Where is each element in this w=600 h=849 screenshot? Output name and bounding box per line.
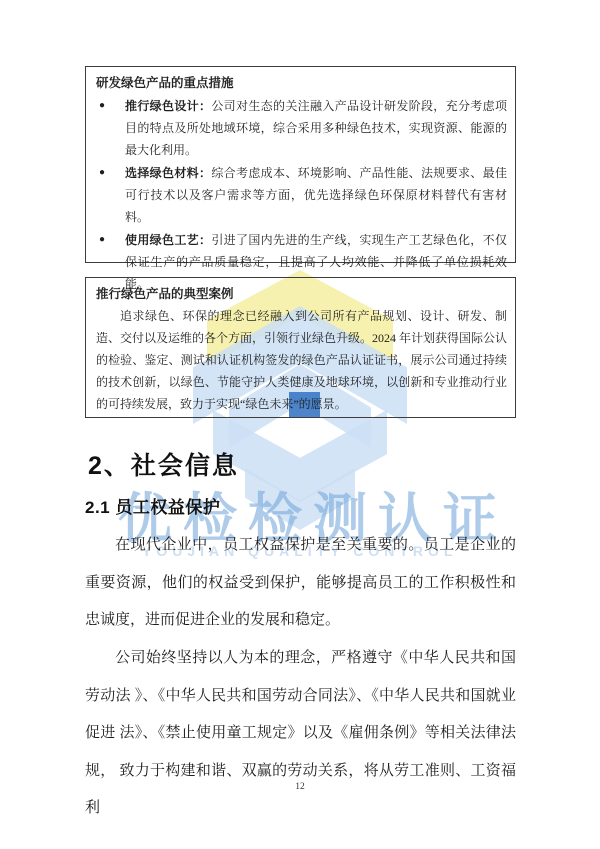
key-measures-box: 研发绿色产品的重点措施 ● 推行绿色设计：公司对生态的关注融入产品设计研发阶段，… bbox=[85, 66, 516, 263]
list-item: ● 选择绿色材料：综合考虑成本、环境影响、产品性能、法规要求、最佳可行技术以及客… bbox=[96, 162, 507, 228]
typical-case-box: 推行绿色产品的典型案例 追求绿色、环保的理念已经融入到公司所有产品规划、设计、研… bbox=[85, 277, 516, 418]
document-page: 优检检测认证 YOUJIAN QUALITY CONTROL 研发绿色产品的重点… bbox=[0, 0, 600, 849]
box1-title: 研发绿色产品的重点措施 bbox=[96, 72, 507, 94]
body-paragraph-2: 公司始终坚持以人为本的理念，严格遵守《中华人民共和国劳动法 》、《中华人民共和国… bbox=[85, 640, 516, 828]
bullet-label: 选择绿色材料： bbox=[125, 166, 211, 180]
bullet-label: 使用绿色工艺： bbox=[125, 233, 211, 247]
bullet-text: 推行绿色设计：公司对生态的关注融入产品设计研发阶段，充分考虑项目的特点及所处地域… bbox=[125, 95, 507, 161]
subsection-heading: 2.1 员工权益保护 bbox=[85, 493, 220, 518]
bullet-label: 推行绿色设计： bbox=[125, 99, 211, 113]
page-number: 12 bbox=[0, 782, 600, 792]
bullet-icon: ● bbox=[96, 162, 125, 228]
box2-paragraph: 追求绿色、环保的理念已经融入到公司所有产品规划、设计、研发、制造、交付以及运维的… bbox=[96, 305, 507, 415]
body-paragraph-1: 在现代企业中，员工权益保护是至关重要的。员工是企业的重要资源，他们的权益受到保护… bbox=[85, 527, 516, 640]
box2-title: 推行绿色产品的典型案例 bbox=[96, 283, 507, 305]
list-item: ● 推行绿色设计：公司对生态的关注融入产品设计研发阶段，充分考虑项目的特点及所处… bbox=[96, 95, 507, 161]
bullet-icon: ● bbox=[96, 95, 125, 161]
section-heading: 2、社会信息 bbox=[88, 446, 239, 482]
bullet-text: 选择绿色材料：综合考虑成本、环境影响、产品性能、法规要求、最佳可行技术以及客户需… bbox=[125, 162, 507, 228]
